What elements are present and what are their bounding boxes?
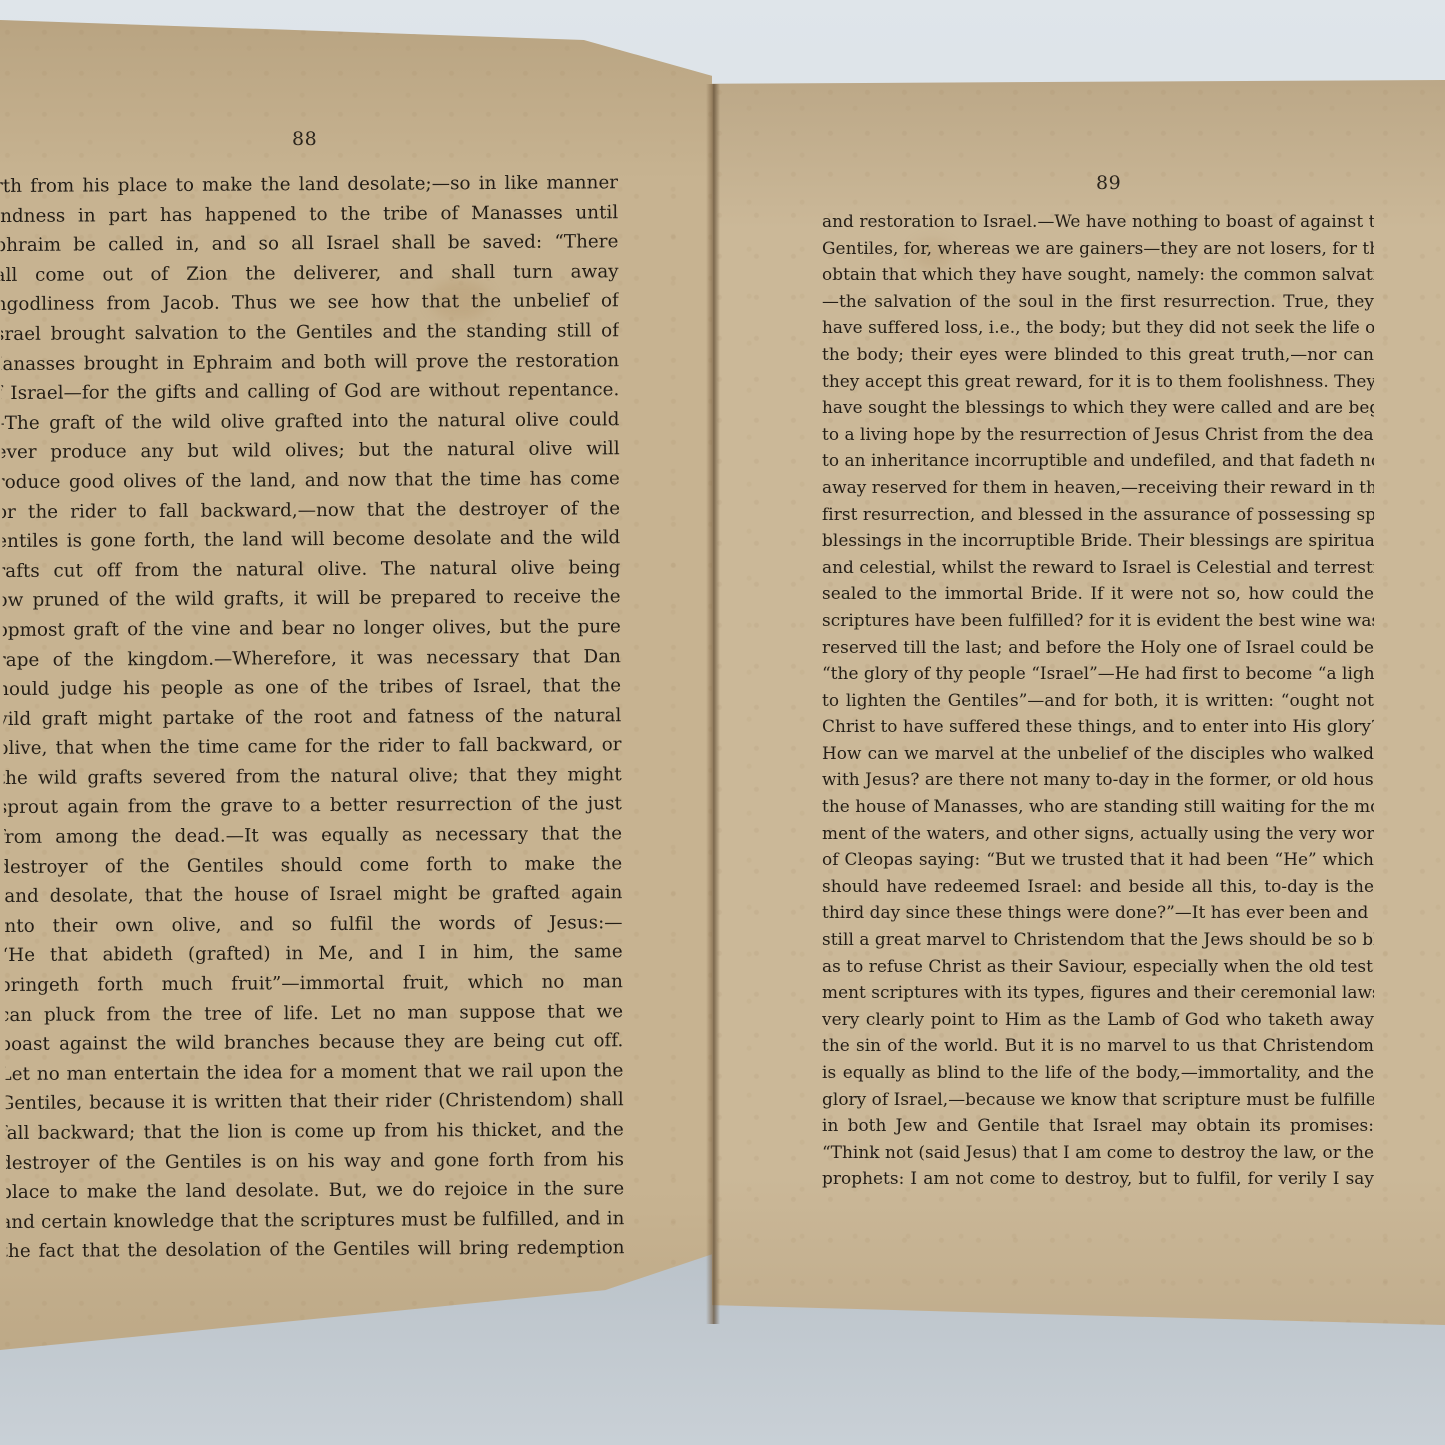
text-line: entiles is gone forth, the land will bec… (2, 523, 620, 556)
text-line: to a living hope by the resurrection of … (822, 421, 1374, 448)
text-line: fall backward; that the lion is come up … (6, 1115, 624, 1148)
text-line: Ianasses brought in Ephraim and both wil… (1, 346, 619, 379)
text-line: ment of the waters, and other signs, act… (822, 820, 1374, 847)
text-line: to an inheritance incorruptible and unde… (822, 447, 1374, 474)
text-line: rape of the kingdom.—Wherefore, it was n… (3, 642, 621, 675)
text-line: have sought the blessings to which they … (822, 394, 1374, 421)
text-line: “the glory of thy people “Israel”—He had… (822, 660, 1374, 687)
page-number-right: 89 (1096, 172, 1121, 194)
right-page-text: and restoration to Israel.—We have nothi… (822, 208, 1374, 1192)
text-line: roduce good olives of the land, and now … (2, 464, 620, 497)
text-line: is equally as blind to the life of the b… (822, 1059, 1374, 1086)
text-line: to lighten the Gentiles”—and for both, i… (822, 687, 1374, 714)
text-line: the body; their eyes were blinded to thi… (822, 341, 1374, 368)
text-line: olive, that when the time came for the r… (3, 730, 621, 763)
text-line: phraim be called in, and so all Israel s… (0, 227, 618, 260)
text-line: with Jesus? are there not many to-day in… (822, 766, 1374, 793)
text-line: or the rider to fall backward,—now that … (2, 494, 620, 527)
text-line: destroyer of the Gentiles is on his way … (6, 1145, 624, 1178)
text-line: reserved till the last; and before the H… (822, 634, 1374, 661)
text-line: they accept this great reward, for it is… (822, 368, 1374, 395)
text-line: away reserved for them in heaven,—receiv… (822, 474, 1374, 501)
right-page: 89 and restoration to Israel.—We have no… (712, 80, 1445, 1325)
text-line: from among the dead.—It was equally as n… (4, 819, 622, 852)
text-line: still a great marvel to Christendom that… (822, 926, 1374, 953)
text-line: and celestial, whilst the reward to Isra… (822, 554, 1374, 581)
text-line: vild graft might partake of the root and… (3, 701, 621, 734)
text-line: first resurrection, and blessed in the a… (822, 501, 1374, 528)
text-line: How can we marvel at the unbelief of the… (822, 740, 1374, 767)
text-line: blessings in the incorruptible Bride. Th… (822, 527, 1374, 554)
text-line: Let no man entertain the idea for a mome… (5, 1056, 623, 1089)
text-line: have suffered loss, i.e., the body; but … (822, 314, 1374, 341)
text-line: third day since these things were done?”… (822, 899, 1374, 926)
page-number-left: 88 (292, 128, 317, 150)
text-line: and restoration to Israel.—We have nothi… (822, 208, 1374, 235)
text-line: scriptures have been fulfilled? for it i… (822, 607, 1374, 634)
text-line: and certain knowledge that the scripture… (6, 1204, 624, 1237)
text-line: rafts cut off from the natural olive. Th… (2, 553, 620, 586)
text-line: ment scriptures with its types, figures … (822, 979, 1374, 1006)
text-line: hould judge his people as one of the tri… (3, 671, 621, 704)
text-line: all come out of Zion the deliverer, and … (1, 257, 619, 290)
text-line: destroyer of the Gentiles should come fo… (4, 849, 622, 882)
left-page-text: rth from his place to make the land deso… (0, 168, 625, 1267)
text-line: should have redeemed Israel: and beside … (822, 873, 1374, 900)
text-line: “Think not (said Jesus) that I am come t… (822, 1139, 1374, 1166)
text-line: can pluck from the tree of life. Let no … (5, 997, 623, 1030)
text-line: very clearly point to Him as the Lamb of… (822, 1006, 1374, 1033)
text-line: boast against the wild branches because … (5, 1026, 623, 1059)
text-line: as to refuse Christ as their Saviour, es… (822, 953, 1374, 980)
text-line: the house of Manasses, who are standing … (822, 793, 1374, 820)
text-line: “He that abideth (grafted) in Me, and I … (5, 938, 623, 971)
text-line: Gentiles, for, whereas we are gainers—th… (822, 235, 1374, 262)
text-line: Christ to have suffered these things, an… (822, 713, 1374, 740)
text-line: ngodliness from Jacob. Thus we see how t… (1, 287, 619, 320)
text-line: opmost graft of the vine and bear no lon… (3, 612, 621, 645)
text-line: srael brought salvation to the Gentiles … (1, 316, 619, 349)
text-line: the wild grafts severed from the natural… (4, 760, 622, 793)
text-line: –The graft of the wild olive grafted int… (1, 405, 619, 438)
text-line: bringeth forth much fruit”—immortal frui… (5, 967, 623, 1000)
text-line: in both Jew and Gentile that Israel may … (822, 1112, 1374, 1139)
left-page: 88 rth from his place to make the land d… (0, 20, 712, 1350)
text-line: sprout again from the grave to a better … (4, 790, 622, 823)
text-line: indness in part has happened to the trib… (0, 198, 618, 231)
text-line: into their own olive, and so fulfil the … (5, 908, 623, 941)
text-line: glory of Israel,—because we know that sc… (822, 1086, 1374, 1113)
text-line: the fact that the desolation of the Gent… (7, 1234, 625, 1267)
text-line: of Cleopas saying: “But we trusted that … (822, 846, 1374, 873)
text-line: obtain that which they have sought, name… (822, 261, 1374, 288)
book-spine-gutter (706, 84, 720, 1324)
text-line: the sin of the world. But it is no marve… (822, 1032, 1374, 1059)
text-line: ever produce any but wild olives; but th… (2, 435, 620, 468)
text-line: sealed to the immortal Bride. If it were… (822, 580, 1374, 607)
text-line: —the salvation of the soul in the first … (822, 288, 1374, 315)
text-line: prophets: I am not come to destroy, but … (822, 1165, 1374, 1192)
text-line: f Israel—for the gifts and calling of Go… (1, 375, 619, 408)
text-line: place to make the land desolate. But, we… (6, 1174, 624, 1207)
text-line: ow pruned of the wild grafts, it will be… (3, 583, 621, 616)
text-line: land desolate, that the house of Israel … (4, 878, 622, 911)
text-line: Gentiles, because it is written that the… (6, 1086, 624, 1119)
text-line: rth from his place to make the land deso… (0, 168, 618, 201)
